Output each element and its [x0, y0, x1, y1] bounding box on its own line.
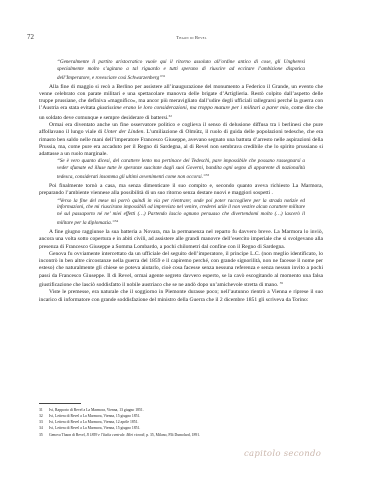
paragraph: Alla fine di maggio si recò a Berlino pe…: [39, 84, 323, 122]
running-head: Thaon di Revel: [0, 35, 383, 40]
footnote-ref[interactable]: 31: [162, 74, 165, 78]
footnote-ref[interactable]: 35: [280, 281, 283, 285]
paragraph: A fine giugno raggiunse la sua batteria …: [39, 229, 323, 251]
footnote-ref[interactable]: 34: [115, 219, 118, 223]
block-quote: “Se è vero quanto dicesi, del carattere …: [57, 158, 305, 181]
paragraph: Poi finalmente tornò a casa, ma senza di…: [39, 183, 323, 198]
paragraph: Viste le premesse, era naturale che il s…: [39, 289, 323, 304]
footnote-ref[interactable]: 33: [206, 173, 209, 177]
footnotes: 31Ivi, Rapporto di Revel a La Marmora, V…: [39, 403, 323, 438]
footnote-ref[interactable]: 32: [169, 114, 172, 118]
block-quote: “Generalmente il partito aristocratico v…: [57, 59, 305, 82]
footnote: 35Genova Thaon di Revel, Il 1859 e l’Ita…: [39, 432, 323, 438]
main-text: “Generalmente il partito aristocratico v…: [39, 59, 323, 304]
paragraph: Ormai era diventato anche un fine osserv…: [39, 122, 323, 158]
block-quote: “Verso la fine del mese mi porrò quindi …: [57, 198, 305, 228]
paragraph: Genova fu ovviamente intercettato da un …: [39, 251, 323, 289]
chapter-tag: capitolo secondo: [244, 449, 321, 459]
footnote-divider: [39, 403, 81, 404]
